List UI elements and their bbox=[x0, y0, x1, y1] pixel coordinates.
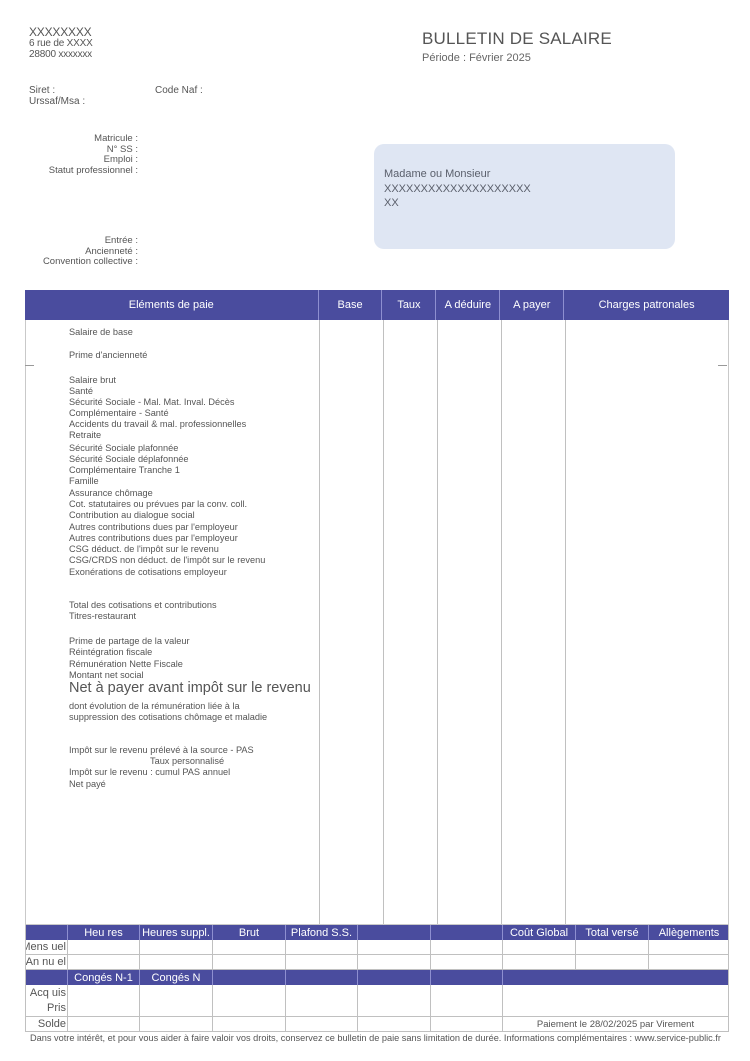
column-divider bbox=[319, 320, 320, 924]
employment-info-labels: Entrée : Ancienneté : Convention collect… bbox=[0, 236, 138, 268]
pay-elements-table: Eléments de paie Base Taux A déduire A p… bbox=[25, 290, 729, 925]
employer-name: XXXXXXXX bbox=[29, 26, 93, 38]
siret-label: Siret : bbox=[29, 85, 55, 96]
summary-header-heures-suppl: Heures suppl. bbox=[140, 925, 213, 940]
cell bbox=[576, 955, 649, 970]
conges-header-cell bbox=[358, 970, 431, 985]
net-avant-impot-row: Net à payer avant impôt sur le revenu bbox=[69, 680, 311, 696]
column-divider bbox=[383, 320, 384, 924]
table-row: Autres contributions dues par l'employeu… bbox=[69, 522, 238, 532]
pay-elements-header: Eléments de paie Base Taux A déduire A p… bbox=[25, 290, 729, 320]
conges-header-cell bbox=[286, 970, 358, 985]
cell bbox=[358, 1017, 431, 1032]
recipient-salutation: Madame ou Monsieur bbox=[384, 167, 531, 182]
cell bbox=[286, 1017, 358, 1032]
summary-row-mensuel: Mens uel bbox=[25, 940, 729, 955]
conges-rows: Acq uis Pris bbox=[25, 985, 729, 1017]
row-label-solde: Solde bbox=[25, 1017, 68, 1032]
table-row: Retraite bbox=[69, 430, 101, 440]
table-row: Sécurité Sociale plafonnée bbox=[69, 443, 178, 453]
entree-label: Entrée : bbox=[0, 236, 138, 247]
cell bbox=[68, 940, 140, 955]
row-label-pris: Pris bbox=[47, 1001, 66, 1015]
table-row: Impôt sur le revenu : cumul PAS annuel bbox=[69, 767, 230, 777]
employer-address-line2: 28800 xxxxxxx bbox=[29, 49, 93, 60]
summary-row-annuel: An nu el bbox=[25, 955, 729, 970]
table-left-border bbox=[25, 925, 26, 1032]
table-row: Assurance chômage bbox=[69, 488, 153, 498]
table-right-border bbox=[728, 925, 729, 1032]
cell bbox=[358, 955, 431, 970]
conges-header-cell bbox=[25, 970, 68, 985]
cell bbox=[286, 940, 358, 955]
column-divider bbox=[501, 320, 502, 924]
conges-row-solde: Solde Paiement le 28/02/2025 par Viremen… bbox=[25, 1017, 729, 1032]
col-elements: Eléments de paie bbox=[25, 290, 319, 320]
cell bbox=[358, 985, 431, 1017]
cell bbox=[503, 985, 729, 1017]
column-divider bbox=[437, 320, 438, 924]
employer-address-line1: 6 rue de XXXX bbox=[29, 38, 93, 49]
row-label-acquis: Acq uis bbox=[30, 986, 66, 1000]
col-taux: Taux bbox=[382, 290, 436, 320]
table-row: Salaire de base bbox=[69, 327, 133, 337]
table-row: Famille bbox=[69, 476, 99, 486]
table-row: CSG/CRDS non déduct. de l'impôt sur le r… bbox=[69, 555, 265, 565]
recipient-name: XXXXXXXXXXXXXXXXXXXX bbox=[384, 182, 531, 197]
title-block: BULLETIN DE SALAIRE Période : Février 20… bbox=[422, 29, 612, 64]
cell bbox=[213, 1017, 286, 1032]
col-a-deduire: A déduire bbox=[436, 290, 500, 320]
conges-header-cell bbox=[503, 970, 729, 985]
table-row: Salaire brut bbox=[69, 375, 116, 385]
code-naf-label: Code Naf : bbox=[155, 85, 203, 96]
row-label-mensuel: Mens uel bbox=[25, 940, 68, 955]
col-a-payer: A payer bbox=[500, 290, 564, 320]
cell bbox=[68, 985, 140, 1017]
table-row: Complémentaire Tranche 1 bbox=[69, 465, 180, 475]
table-row: Exonérations de cotisations employeur bbox=[69, 567, 227, 577]
cell bbox=[576, 940, 649, 955]
table-row: dont évolution de la rémunération liée à… bbox=[69, 701, 240, 711]
cell bbox=[213, 940, 286, 955]
summary-header-total-verse: Total versé bbox=[576, 925, 649, 940]
cell bbox=[213, 985, 286, 1017]
table-row: Santé bbox=[69, 386, 93, 396]
conges-header-n-1: Congés N-1 bbox=[68, 970, 140, 985]
table-row: Impôt sur le revenu prélevé à la source … bbox=[69, 745, 254, 755]
recipient-line2: XX bbox=[384, 196, 531, 211]
net-paye-row: Net payé bbox=[69, 779, 106, 789]
fold-mark bbox=[718, 365, 727, 366]
table-row: Cot. statutaires ou prévues par la conv.… bbox=[69, 499, 247, 509]
table-row: Autres contributions dues par l'employeu… bbox=[69, 533, 238, 543]
conges-header-n: Congés N bbox=[140, 970, 213, 985]
summary-header-cout-global: Coût Global bbox=[503, 925, 576, 940]
summary-header-heures: Heu res bbox=[68, 925, 140, 940]
table-row: Prime de partage de la valeur bbox=[69, 636, 190, 646]
conges-labels: Acq uis Pris bbox=[25, 985, 68, 1017]
row-label-annuel: An nu el bbox=[25, 955, 68, 970]
cell bbox=[140, 1017, 213, 1032]
cell bbox=[68, 1017, 140, 1032]
table-row: Taux personnalisé bbox=[150, 756, 224, 766]
cell bbox=[140, 985, 213, 1017]
conges-header: Congés N-1 Congés N bbox=[25, 970, 729, 985]
table-row: Titres-restaurant bbox=[69, 611, 136, 621]
cell bbox=[358, 940, 431, 955]
cell bbox=[286, 985, 358, 1017]
cell bbox=[213, 955, 286, 970]
employer-block: XXXXXXXX 6 rue de XXXX 28800 xxxxxxx bbox=[29, 26, 93, 60]
summary-header-cell bbox=[25, 925, 68, 940]
table-row: CSG déduct. de l'impôt sur le revenu bbox=[69, 544, 219, 554]
cell bbox=[140, 955, 213, 970]
col-charges-patronales: Charges patronales bbox=[564, 290, 729, 320]
table-row: Montant net social bbox=[69, 670, 144, 680]
employee-info-labels: Matricule : N° SS : Emploi : Statut prof… bbox=[0, 134, 138, 176]
cell bbox=[503, 940, 576, 955]
summary-header-cell bbox=[431, 925, 503, 940]
matricule-label: Matricule : bbox=[0, 134, 138, 145]
summary-header-cell bbox=[358, 925, 431, 940]
table-row: Rémunération Nette Fiscale bbox=[69, 659, 183, 669]
cell bbox=[503, 955, 576, 970]
emploi-label: Emploi : bbox=[0, 155, 138, 166]
summary-header-brut: Brut bbox=[213, 925, 286, 940]
cell bbox=[140, 940, 213, 955]
footer-notice: Dans votre intérêt, et pour vous aider à… bbox=[30, 1033, 721, 1043]
recipient-address-box: Madame ou Monsieur XXXXXXXXXXXXXXXXXXXX … bbox=[374, 144, 675, 249]
convention-label: Convention collective : bbox=[0, 257, 138, 268]
table-row: suppression des cotisations chômage et m… bbox=[69, 712, 267, 722]
cell bbox=[431, 985, 503, 1017]
cell bbox=[431, 955, 503, 970]
cell bbox=[68, 955, 140, 970]
summary-header: Heu res Heures suppl. Brut Plafond S.S. … bbox=[25, 925, 729, 940]
column-divider bbox=[565, 320, 566, 924]
summary-header-allegements: Allègements bbox=[649, 925, 729, 940]
urssaf-label: Urssaf/Msa : bbox=[29, 96, 85, 107]
statut-label: Statut professionnel : bbox=[0, 166, 138, 177]
table-row: Accidents du travail & mal. professionne… bbox=[69, 419, 246, 429]
table-row: Contribution au dialogue social bbox=[69, 510, 195, 520]
summary-header-plafond: Plafond S.S. bbox=[286, 925, 358, 940]
conges-header-cell bbox=[213, 970, 286, 985]
table-row: Sécurité Sociale déplafonnée bbox=[69, 454, 189, 464]
table-row: Sécurité Sociale - Mal. Mat. Inval. Décè… bbox=[69, 397, 234, 407]
document-title: BULLETIN DE SALAIRE bbox=[422, 29, 612, 49]
cell bbox=[431, 1017, 503, 1032]
table-row: Total des cotisations et contributions bbox=[69, 600, 217, 610]
table-row: Complémentaire - Santé bbox=[69, 408, 169, 418]
payment-info: Paiement le 28/02/2025 par Virement bbox=[503, 1017, 729, 1032]
cell bbox=[649, 940, 729, 955]
cell bbox=[649, 955, 729, 970]
cell bbox=[286, 955, 358, 970]
cell bbox=[431, 940, 503, 955]
table-row: Prime d'ancienneté bbox=[69, 350, 147, 360]
pay-period: Période : Février 2025 bbox=[422, 52, 612, 64]
col-base: Base bbox=[319, 290, 383, 320]
table-row: Réintégration fiscale bbox=[69, 647, 152, 657]
conges-header-cell bbox=[431, 970, 503, 985]
fold-mark bbox=[25, 365, 34, 366]
